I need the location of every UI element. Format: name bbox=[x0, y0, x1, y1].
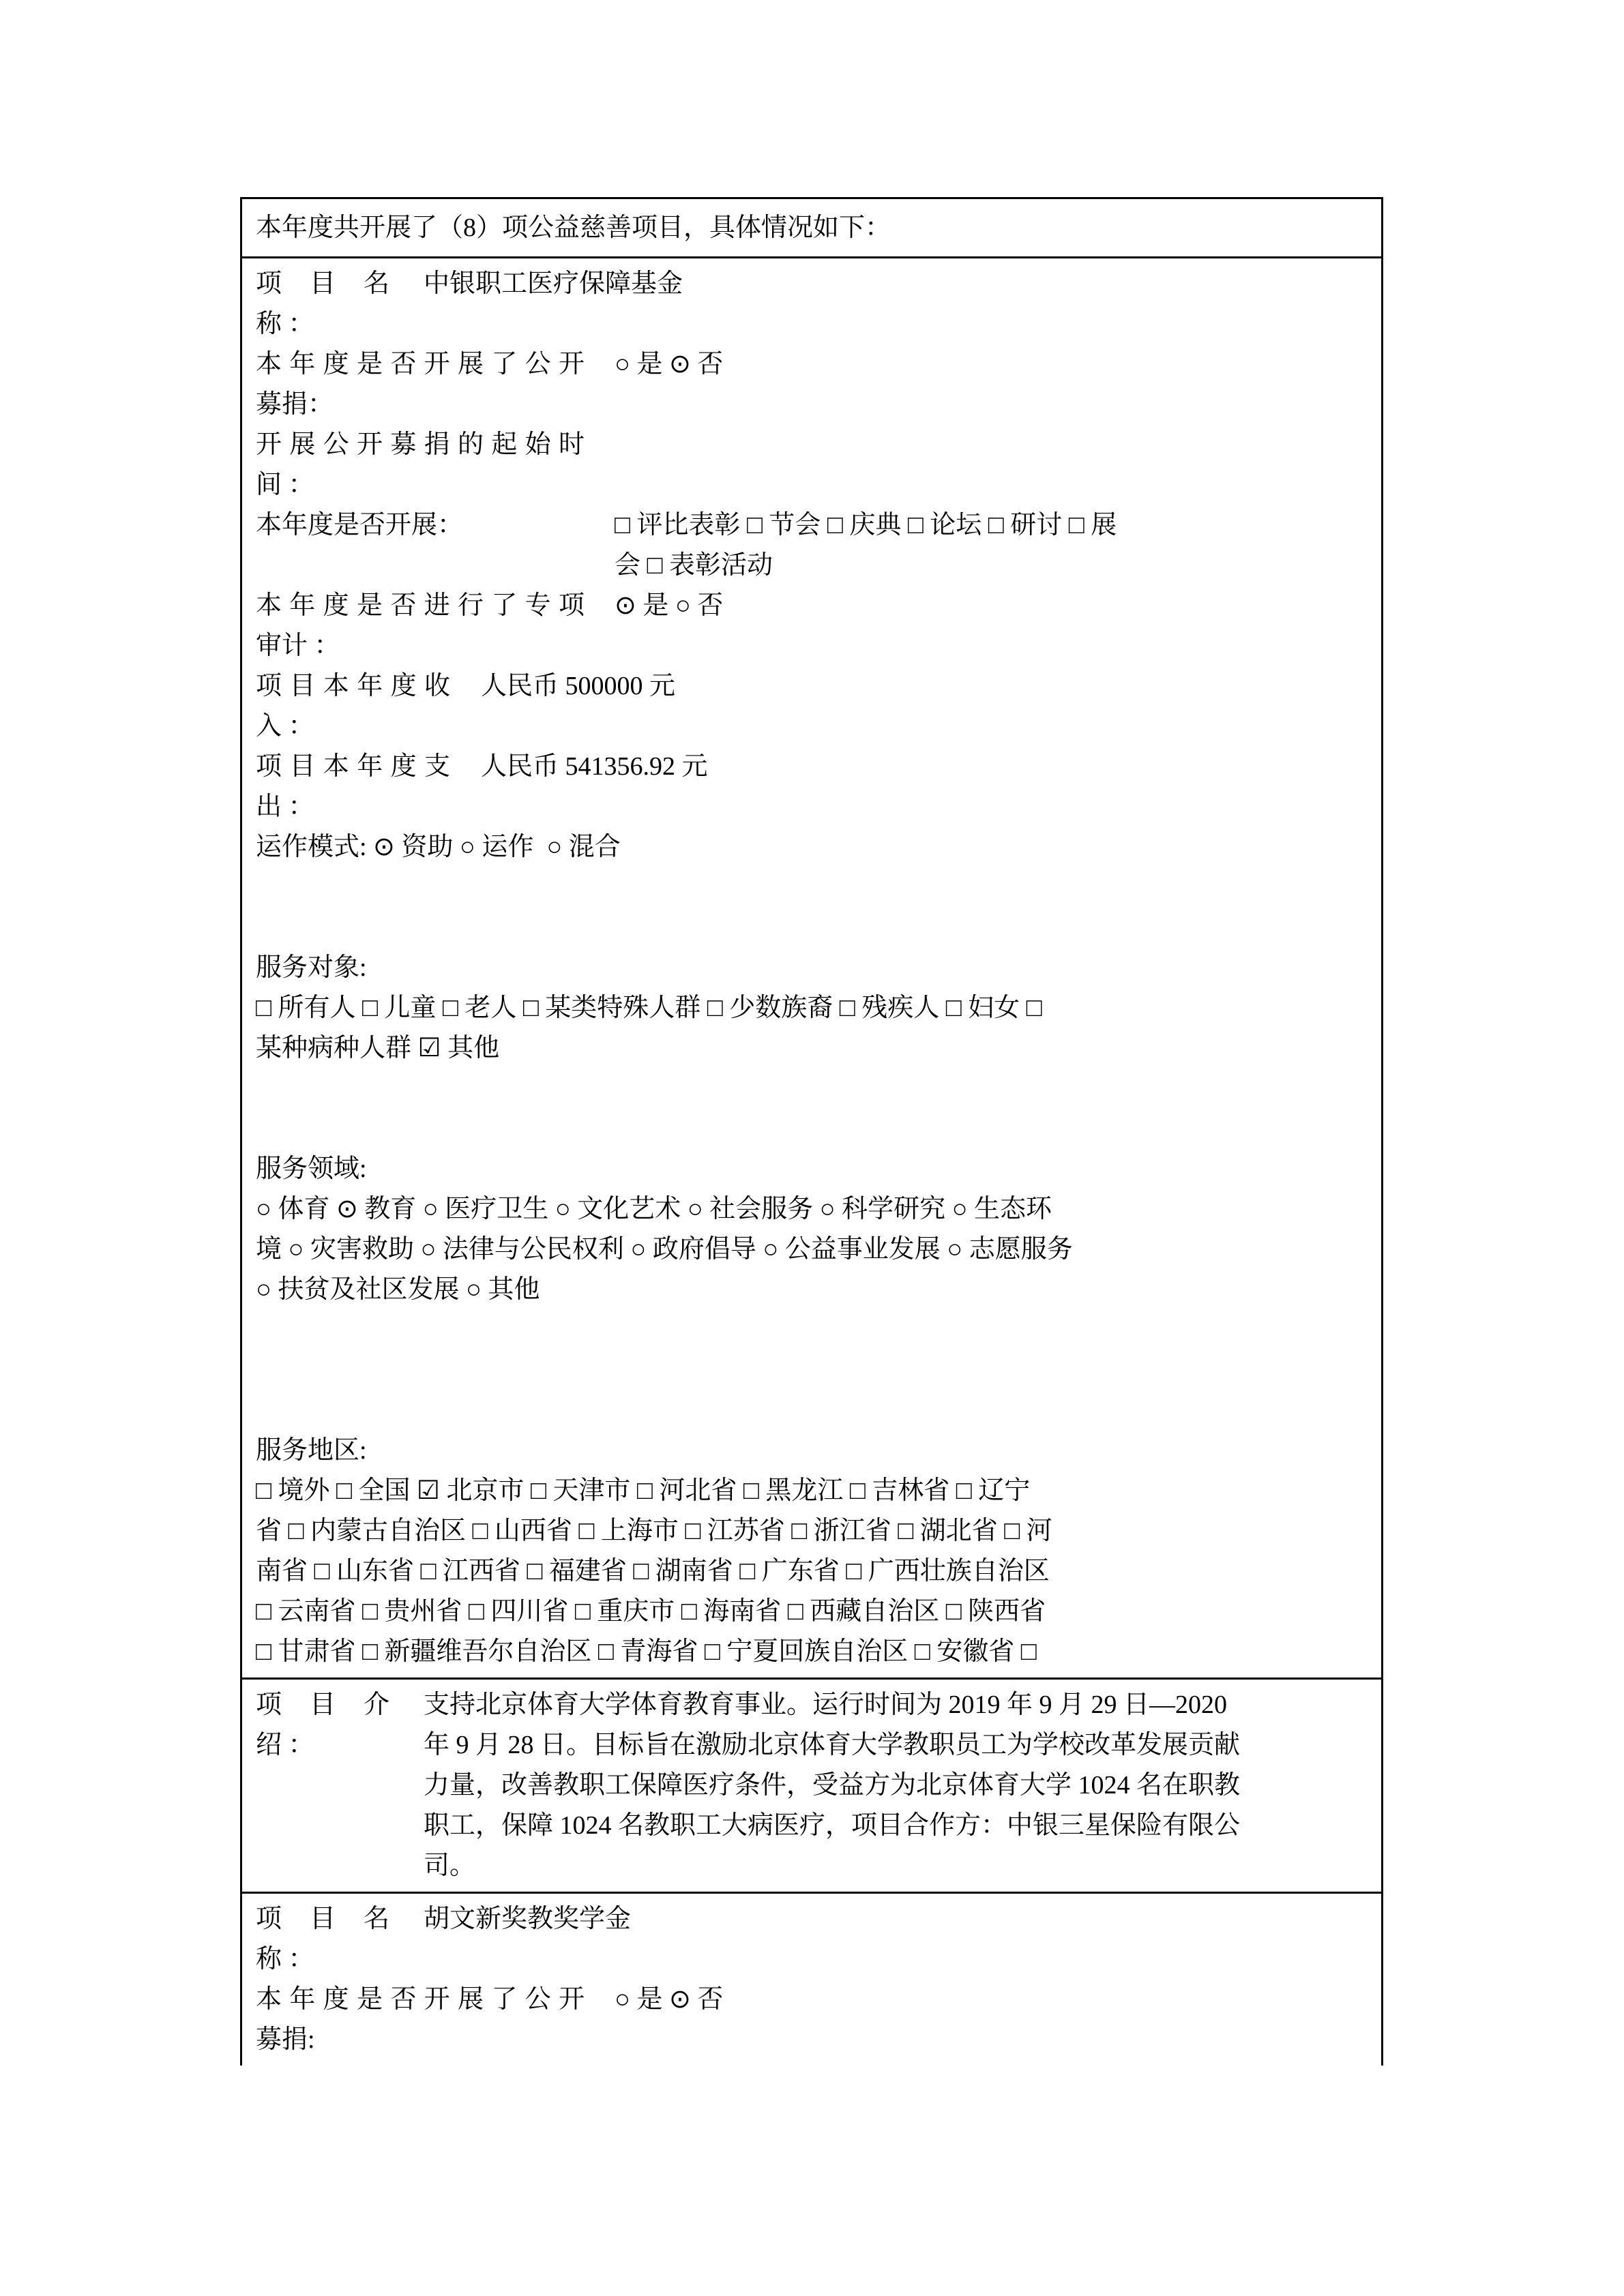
project1-name-line1: 项目名 中银职工医疗保障基金 bbox=[256, 264, 1368, 304]
project1-public-fundraising-label: 本年度是否开展了公开 bbox=[256, 344, 615, 385]
project1-operation-mode-radio-line: 运作模式: ⊙ 资助 ○ 运作 ○ 混合 bbox=[256, 827, 1368, 867]
project1-public-fundraising-line1: 本年度是否开展了公开 ○ 是 ⊙ 否 bbox=[256, 344, 1368, 385]
project2-name-label-cont: 称 ： bbox=[256, 1939, 424, 1980]
project1-service-area-checkbox-line2: 省 □ 内蒙古自治区 □ 山西省 □ 上海市 □ 江苏省 □ 浙江省 □ 湖北省… bbox=[256, 1511, 1368, 1551]
project1-intro-line5: 司。 bbox=[256, 1846, 1368, 1886]
project1-service-area-checkbox-line4: □ 云南省 □ 贵州省 □ 四川省 □ 重庆市 □ 海南省 □ 西藏自治区 □ … bbox=[256, 1592, 1368, 1632]
project1-intro-text-line3: 力量，改善教职工保障医疗条件，受益方为北京体育大学 1024 名在职教 bbox=[424, 1765, 1368, 1806]
project1-fundraising-start-label: 开展公开募捐的起始时 bbox=[256, 425, 615, 465]
project1-service-field-radio-line1: ○ 体育 ⊙ 教育 ○ 医疗卫生 ○ 文化艺术 ○ 社会服务 ○ 科学研究 ○ … bbox=[256, 1189, 1368, 1229]
project1-expense-value: 人民币 541356.92 元 bbox=[481, 747, 1368, 787]
project2-name-label: 项目名 bbox=[256, 1899, 424, 1939]
project1-expense-line1: 项目本年度支 人民币 541356.92 元 bbox=[256, 747, 1368, 787]
project1-intro-text-line1: 支持北京体育大学体育教育事业。运行时间为 2019 年 9 月 29 日—202… bbox=[424, 1685, 1368, 1725]
project2-name-line1: 项目名 胡文新奖教奖学金 bbox=[256, 1899, 1368, 1939]
project1-intro-line1: 项目介 支持北京体育大学体育教育事业。运行时间为 2019 年 9 月 29 日… bbox=[256, 1685, 1368, 1725]
project1-intro-line4: 职工，保障 1024 名教职工大病医疗，项目合作方：中银三星保险有限公 bbox=[256, 1806, 1368, 1846]
project1-audit-label: 本年度是否进行了专项 bbox=[256, 586, 615, 626]
project1-name-label-cont: 称 ： bbox=[256, 304, 424, 344]
project2-public-fundraising-line1: 本年度是否开展了公开 ○ 是 ⊙ 否 bbox=[256, 1980, 1368, 2020]
project2-name-line2: 称 ： bbox=[256, 1939, 1368, 1980]
summary-text: 本年度共开展了（8）项公益慈善项目，具体情况如下： bbox=[256, 207, 1368, 248]
project1-events-line1: 本年度是否开展： □ 评比表彰 □ 节会 □ 庆典 □ 论坛 □ 研讨 □ 展 bbox=[256, 505, 1368, 546]
project1-name-label: 项目名 bbox=[256, 264, 424, 304]
project1-income-line1: 项目本年度收 人民币 500000 元 bbox=[256, 666, 1368, 706]
project1-service-field-label: 服务领域: bbox=[256, 1149, 1368, 1189]
project1-intro-text-line5: 司。 bbox=[424, 1846, 1368, 1886]
project1-events-checkbox-options-line2: 会 □ 表彰活动 bbox=[615, 546, 1368, 586]
project1-service-area-checkbox-line1: □ 境外 □ 全国 ☑ 北京市 □ 天津市 □ 河北省 □ 黑龙江 □ 吉林省 … bbox=[256, 1471, 1368, 1511]
project1-audit-line2: 审计 ： bbox=[256, 626, 1368, 666]
document-page: { "document": { "summary": "本年度共开展了（8）项公… bbox=[0, 0, 1624, 2296]
project1-public-fundraising-line2: 募捐： bbox=[256, 385, 1368, 425]
project1-fundraising-start-label-cont: 间 ： bbox=[256, 465, 615, 505]
project1-details-row: 项目名 中银职工医疗保障基金 称 ： 本年度是否开展了公开 ○ 是 ⊙ 否 募捐… bbox=[242, 256, 1381, 1678]
project1-service-field-radio-line3: ○ 扶贫及社区发展 ○ 其他 bbox=[256, 1270, 1368, 1310]
project1-audit-line1: 本年度是否进行了专项 ⊙ 是 ○ 否 bbox=[256, 586, 1368, 626]
project1-service-target-label: 服务对象: bbox=[256, 948, 1368, 988]
project1-audit-label-cont: 审计 ： bbox=[256, 626, 615, 666]
project1-service-target-checkbox-line1: □ 所有人 □ 儿童 □ 老人 □ 某类特殊人群 □ 少数族裔 □ 残疾人 □ … bbox=[256, 988, 1368, 1028]
project1-expense-line2: 出 ： bbox=[256, 787, 1368, 827]
project2-public-fundraising-label-cont: 募捐: bbox=[256, 2020, 615, 2060]
project1-intro-row: 项目介 支持北京体育大学体育教育事业。运行时间为 2019 年 9 月 29 日… bbox=[242, 1678, 1381, 1892]
project1-fundraising-start-line1: 开展公开募捐的起始时 bbox=[256, 425, 1368, 465]
project1-audit-radio-options: ⊙ 是 ○ 否 bbox=[615, 586, 1368, 626]
project1-expense-label-cont: 出 ： bbox=[256, 787, 481, 827]
project1-fundraising-start-line2: 间 ： bbox=[256, 465, 1368, 505]
project1-service-area-checkbox-line5: □ 甘肃省 □ 新疆维吾尔自治区 □ 青海省 □ 宁夏回族自治区 □ 安徽省 □ bbox=[256, 1632, 1368, 1672]
project1-intro-text-line2: 年 9 月 28 日。目标旨在激励北京体育大学教职员工为学校改革发展贡献 bbox=[424, 1725, 1368, 1765]
summary-row: 本年度共开展了（8）项公益慈善项目，具体情况如下： bbox=[242, 199, 1381, 256]
project1-expense-label: 项目本年度支 bbox=[256, 747, 481, 787]
project1-income-value: 人民币 500000 元 bbox=[481, 666, 1368, 706]
project2-public-fundraising-label: 本年度是否开展了公开 bbox=[256, 1980, 615, 2020]
project1-income-label-cont: 入 ： bbox=[256, 706, 481, 747]
project2-name-value: 胡文新奖教奖学金 bbox=[424, 1899, 1368, 1939]
project1-intro-text-line4: 职工，保障 1024 名教职工大病医疗，项目合作方：中银三星保险有限公 bbox=[424, 1806, 1368, 1846]
project1-name-value: 中银职工医疗保障基金 bbox=[424, 264, 1368, 304]
project1-public-fundraising-label-cont: 募捐： bbox=[256, 385, 615, 425]
project1-income-label: 项目本年度收 bbox=[256, 666, 481, 706]
project1-intro-line3: 力量，改善教职工保障医疗条件，受益方为北京体育大学 1024 名在职教 bbox=[256, 1765, 1368, 1806]
project1-service-target-checkbox-line2: 某种病种人群 ☑ 其他 bbox=[256, 1028, 1368, 1069]
project2-public-fundraising-radio-options: ○ 是 ⊙ 否 bbox=[615, 1980, 1368, 2020]
project1-service-area-checkbox-line3: 南省 □ 山东省 □ 江西省 □ 福建省 □ 湖南省 □ 广东省 □ 广西壮族自… bbox=[256, 1551, 1368, 1592]
project1-service-field-radio-line2: 境 ○ 灾害救助 ○ 法律与公民权利 ○ 政府倡导 ○ 公益事业发展 ○ 志愿服… bbox=[256, 1229, 1368, 1270]
project1-events-label: 本年度是否开展： bbox=[256, 505, 615, 546]
project1-public-fundraising-radio-options: ○ 是 ⊙ 否 bbox=[615, 344, 1368, 385]
project2-details-row: 项目名 胡文新奖教奖学金 称 ： 本年度是否开展了公开 ○ 是 ⊙ 否 募捐: bbox=[242, 1892, 1381, 2066]
project1-intro-label-cont: 绍 ： bbox=[256, 1725, 424, 1765]
project2-public-fundraising-line2: 募捐: bbox=[256, 2020, 1368, 2060]
project1-events-line2: 会 □ 表彰活动 bbox=[256, 546, 1368, 586]
project1-service-area-label: 服务地区: bbox=[256, 1431, 1368, 1471]
project1-events-checkbox-options-line1: □ 评比表彰 □ 节会 □ 庆典 □ 论坛 □ 研讨 □ 展 bbox=[615, 505, 1368, 546]
project1-name-line2: 称 ： bbox=[256, 304, 1368, 344]
project1-intro-line2: 绍 ： 年 9 月 28 日。目标旨在激励北京体育大学教职员工为学校改革发展贡献 bbox=[256, 1725, 1368, 1765]
charity-projects-table: 本年度共开展了（8）项公益慈善项目，具体情况如下： 项目名 中银职工医疗保障基金… bbox=[240, 197, 1383, 2066]
project1-intro-label: 项目介 bbox=[256, 1685, 424, 1725]
project1-income-line2: 入 ： bbox=[256, 706, 1368, 747]
